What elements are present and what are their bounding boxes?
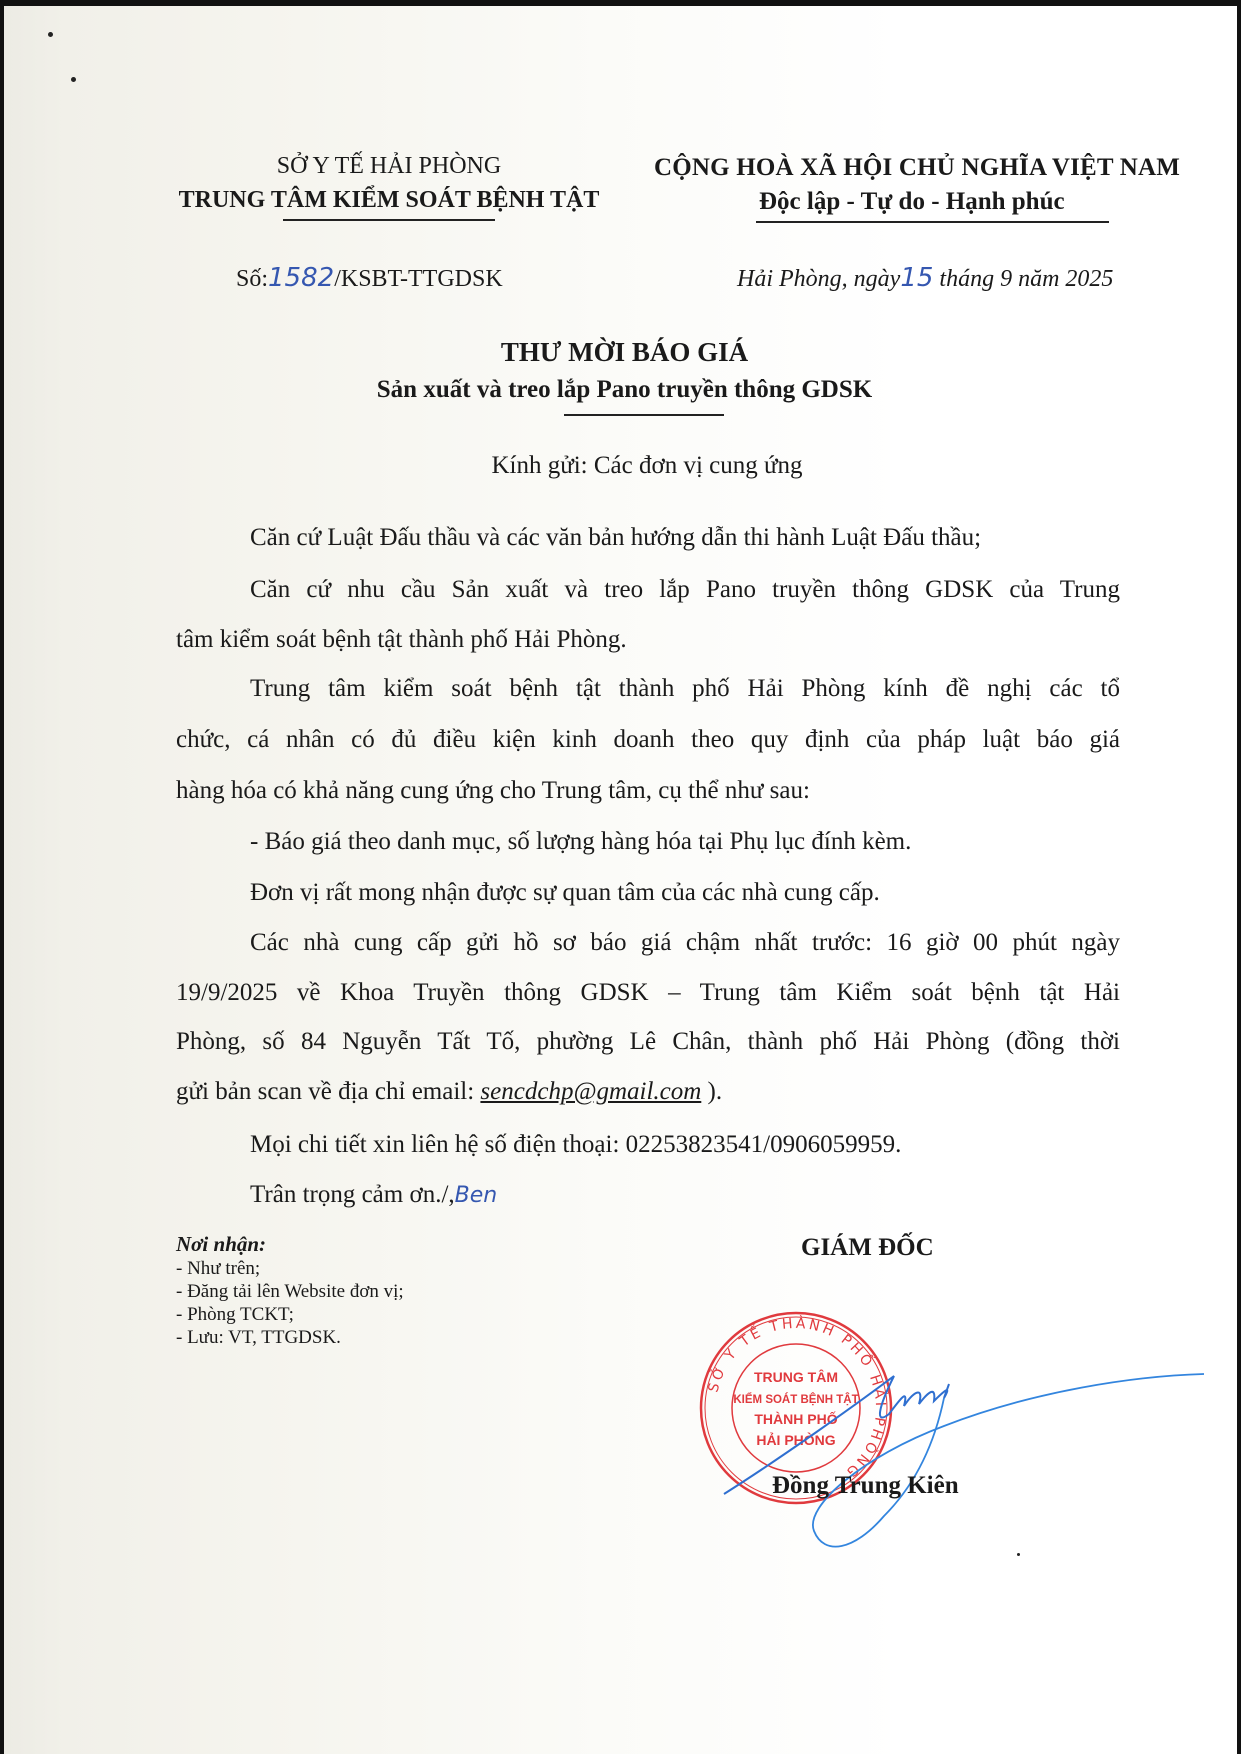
email-label: gửi bản scan về địa chỉ email: bbox=[176, 1078, 474, 1105]
document-number: Số:1582/KSBT-TTGDSK bbox=[236, 263, 503, 293]
paragraph-need-line2: tâm kiểm soát bệnh tật thành phố Hải Phò… bbox=[176, 626, 627, 654]
doc-number-suffix: /KSBT-TTGDSK bbox=[334, 266, 502, 292]
scan-speck bbox=[1017, 1553, 1020, 1556]
issuer-header: SỞ Y TẾ HẢI PHÒNG TRUNG TÂM KIỂM SOÁT BỆ… bbox=[149, 149, 629, 221]
date-rest: tháng 9 năm 2025 bbox=[939, 266, 1113, 292]
paragraph-request-line2: chức, cá nhân có đủ điều kiện kinh doanh… bbox=[176, 726, 1120, 754]
date-line: Hải Phòng, ngày15 tháng 9 năm 2025 bbox=[737, 263, 1113, 293]
recipients-heading: Nơi nhận: bbox=[176, 1231, 404, 1257]
paragraph-appreciation: Đơn vị rất mong nhận được sự quan tâm củ… bbox=[250, 879, 880, 907]
recipient-item: - Như trên; bbox=[176, 1257, 404, 1280]
title-divider bbox=[564, 414, 724, 416]
nation-name: CỘNG HOÀ XÃ HỘI CHỦ NGHĨA VIỆT NAM bbox=[654, 151, 1241, 185]
paragraph-request-line3: hàng hóa có khả năng cung ứng cho Trung … bbox=[176, 777, 810, 805]
paragraph-need-line1: Căn cứ nhu cầu Sản xuất và treo lắp Pano… bbox=[250, 576, 1120, 604]
signer-name: Đồng Trung Kiên bbox=[772, 1472, 959, 1500]
email-suffix: ). bbox=[708, 1078, 723, 1105]
doc-number-label: Số: bbox=[236, 266, 268, 292]
paragraph-deadline-line1: Các nhà cung cấp gửi hồ sơ báo giá chậm … bbox=[250, 929, 1120, 957]
paragraph-quote-item: - Báo giá theo danh mục, số lượng hàng h… bbox=[250, 828, 911, 856]
greeting: Kính gửi: Các đơn vị cung ứng bbox=[4, 452, 1241, 480]
organization-name: TRUNG TÂM KIỂM SOÁT BỆNH TẬT bbox=[149, 183, 629, 217]
recipients-block: Nơi nhận: - Như trên; - Đăng tải lên Web… bbox=[176, 1231, 404, 1349]
signature-scribble-icon bbox=[704, 1346, 1224, 1566]
paragraph-legal-basis: Căn cứ Luật Đấu thầu và các văn bản hướn… bbox=[250, 524, 981, 552]
document-page: SỞ Y TẾ HẢI PHÒNG TRUNG TÂM KIỂM SOÁT BỆ… bbox=[4, 6, 1237, 1754]
national-header: CỘNG HOÀ XÃ HỘI CHỦ NGHĨA VIỆT NAM Độc l… bbox=[654, 151, 1241, 223]
recipient-item: - Phòng TCKT; bbox=[176, 1303, 404, 1326]
email-link[interactable]: sencdchp@gmail.com bbox=[480, 1078, 701, 1105]
handwritten-doc-number: 1582 bbox=[268, 263, 334, 293]
date-place: Hải Phòng, ngày bbox=[737, 266, 900, 292]
document-subtitle: Sản xuất và treo lắp Pano truyền thông G… bbox=[4, 376, 1241, 404]
recipient-item: - Đăng tải lên Website đơn vị; bbox=[176, 1280, 404, 1303]
scan-speck bbox=[71, 77, 76, 82]
paragraph-deadline-line3: Phòng, số 84 Nguyễn Tất Tố, phường Lê Ch… bbox=[176, 1028, 1120, 1056]
ministry-name: SỞ Y TẾ HẢI PHÒNG bbox=[149, 149, 629, 183]
document-title: THƯ MỜI BÁO GIÁ bbox=[4, 337, 1241, 368]
paragraph-closing: Trân trọng cảm ơn./,Ben bbox=[250, 1181, 497, 1209]
handwritten-day: 15 bbox=[900, 263, 933, 293]
paragraph-deadline-line2: 19/9/2025 về Khoa Truyền thông GDSK – Tr… bbox=[176, 979, 1120, 1007]
national-motto: Độc lập - Tự do - Hạnh phúc bbox=[759, 185, 1241, 219]
handwritten-initials: Ben bbox=[455, 1183, 498, 1208]
recipient-item: - Lưu: VT, TTGDSK. bbox=[176, 1326, 404, 1349]
paragraph-contact: Mọi chi tiết xin liên hệ số điện thoại: … bbox=[250, 1131, 901, 1159]
closing-text: Trân trọng cảm ơn./, bbox=[250, 1181, 455, 1208]
paragraph-deadline-line4: gửi bản scan về địa chỉ email: sencdchp@… bbox=[176, 1078, 722, 1106]
signer-title: GIÁM ĐỐC bbox=[801, 1234, 934, 1262]
header-divider bbox=[283, 219, 495, 221]
motto-divider bbox=[756, 221, 1109, 223]
scan-speck bbox=[48, 32, 53, 37]
paragraph-request-line1: Trung tâm kiểm soát bệnh tật thành phố H… bbox=[250, 675, 1120, 703]
